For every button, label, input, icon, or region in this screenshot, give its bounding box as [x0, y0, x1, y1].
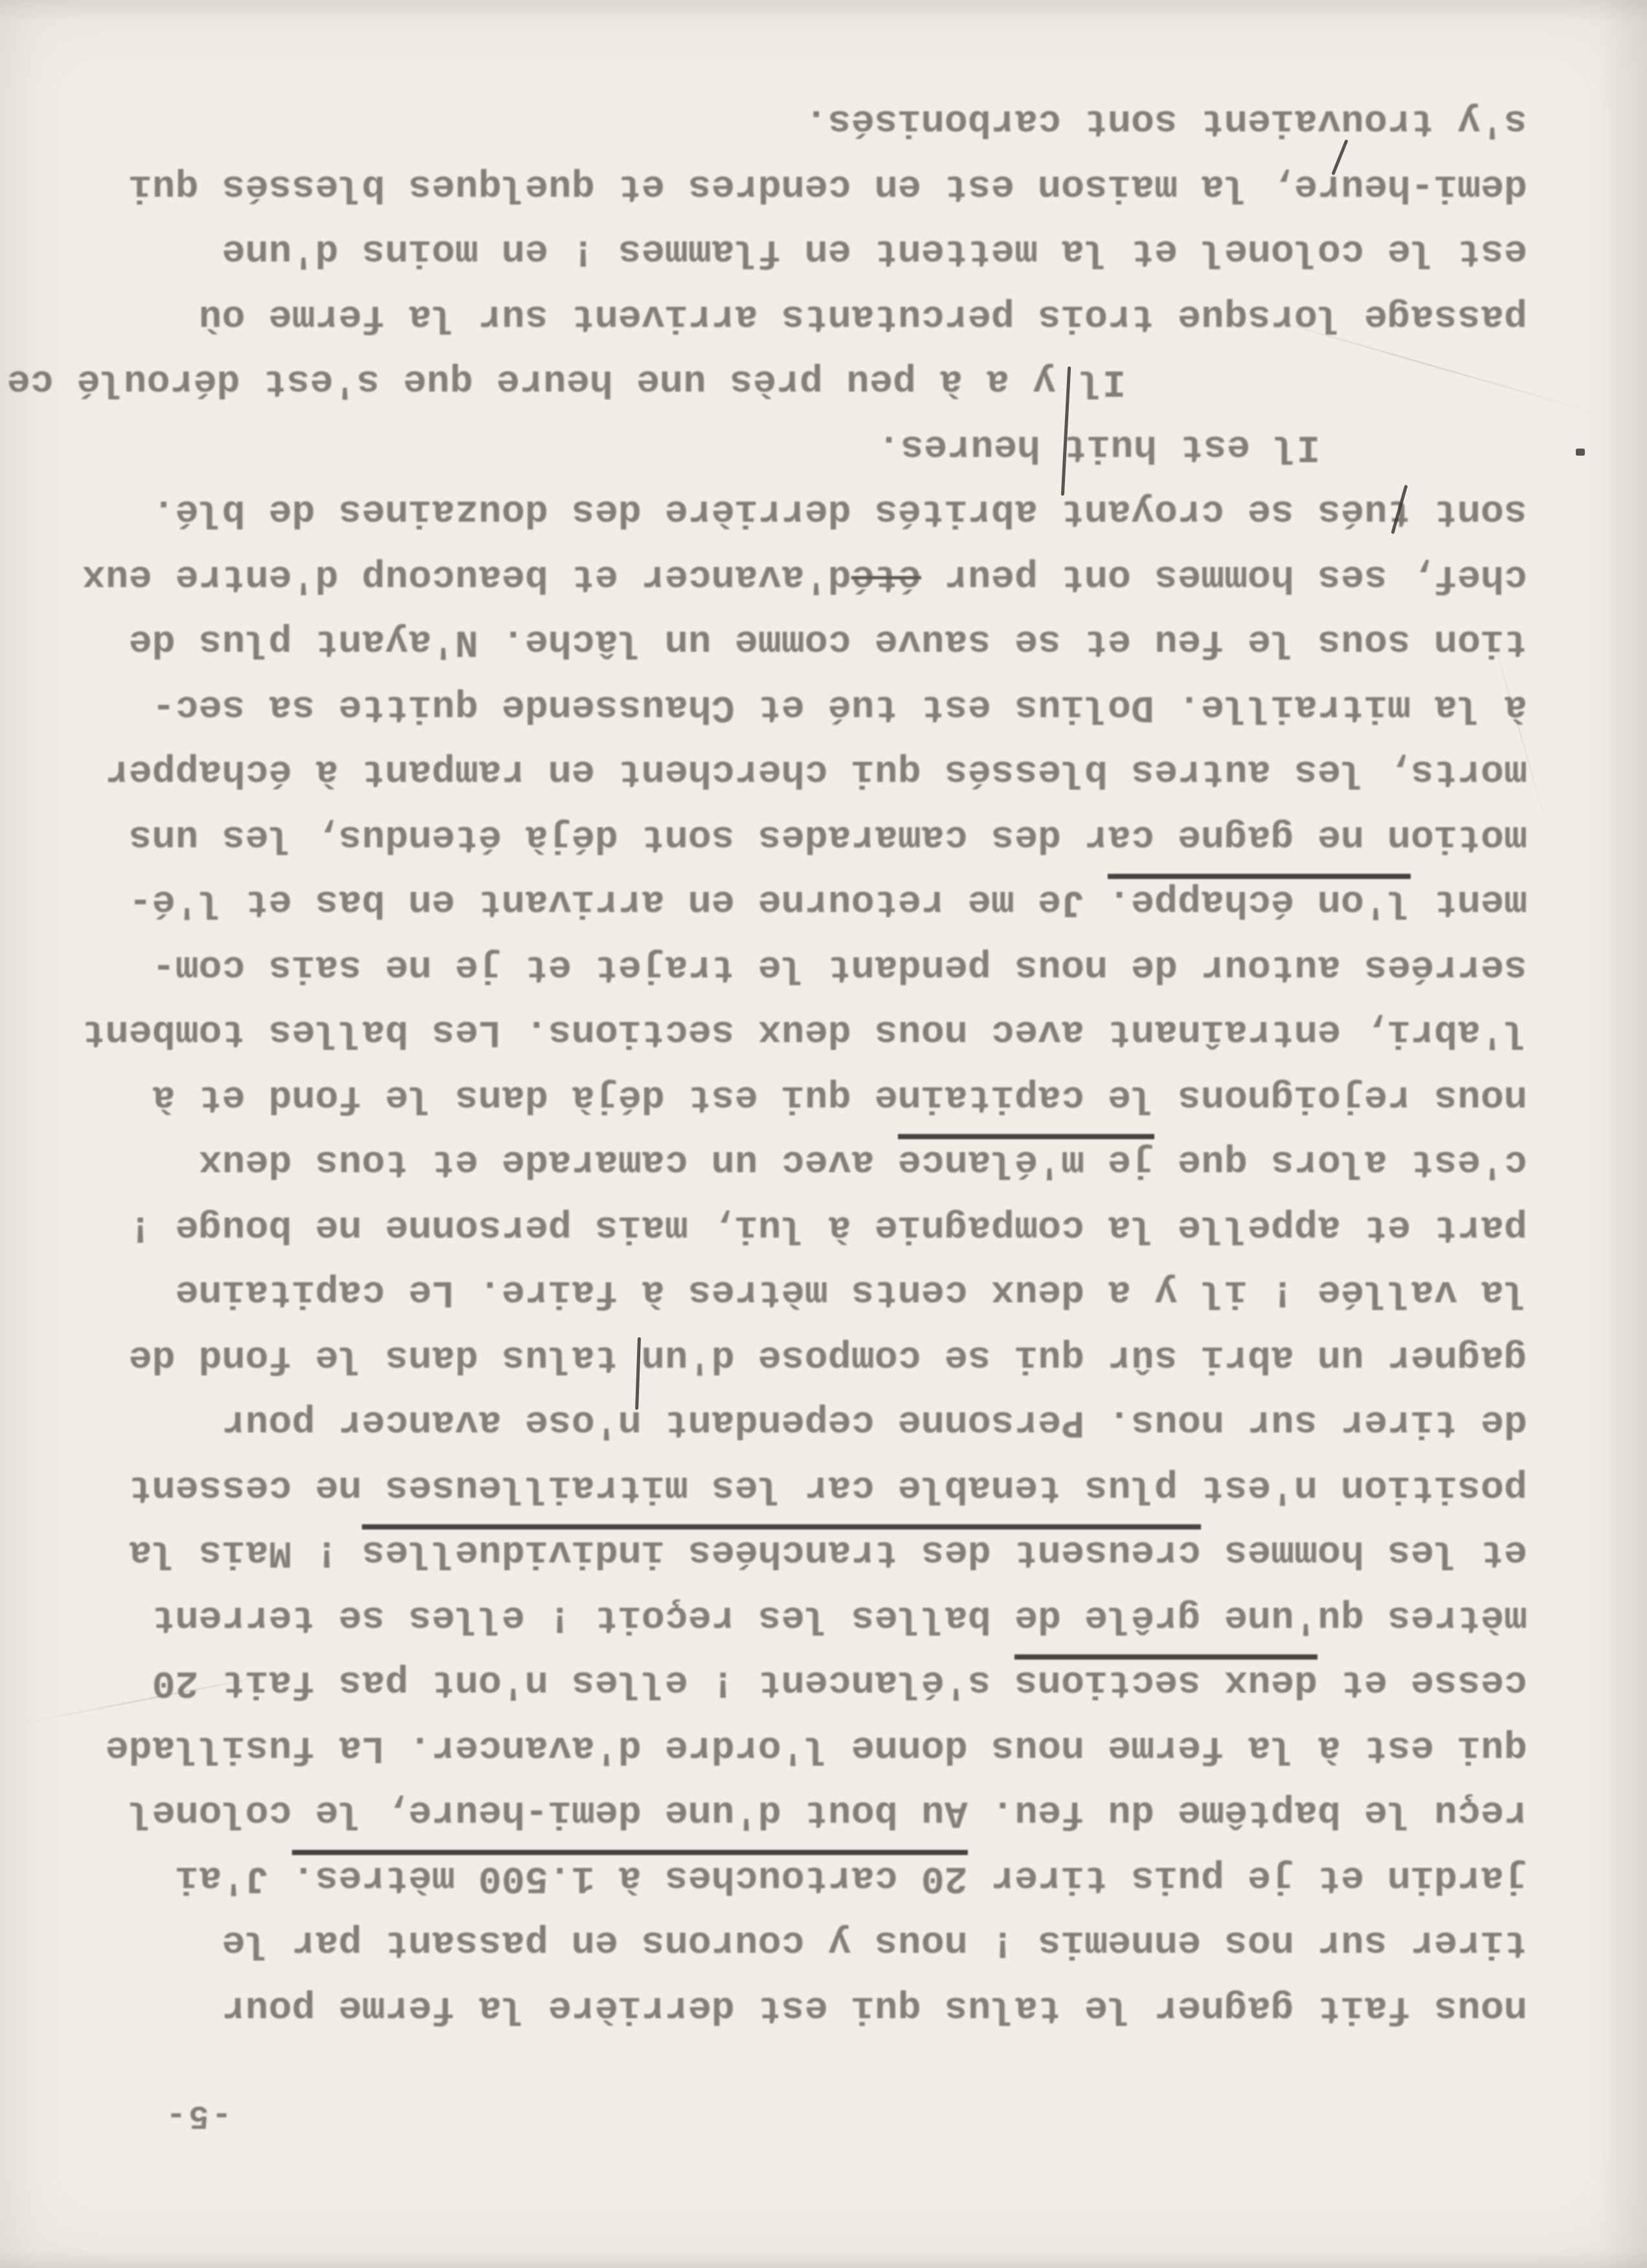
ink-fleck	[1576, 449, 1585, 456]
pen-stroke-through-huit-heures	[1061, 366, 1071, 496]
pen-check-on-trouvaient	[1331, 139, 1348, 175]
pen-annotations-layer	[0, 0, 1647, 2268]
rotated-content: -5- nous fait gagner le talus qui est de…	[0, 0, 1647, 2268]
pen-slash-on-tues	[1391, 485, 1407, 534]
scanned-document-page: -5- nous fait gagner le talus qui est de…	[0, 0, 1647, 2268]
pen-stroke-on-talus	[635, 1337, 641, 1410]
